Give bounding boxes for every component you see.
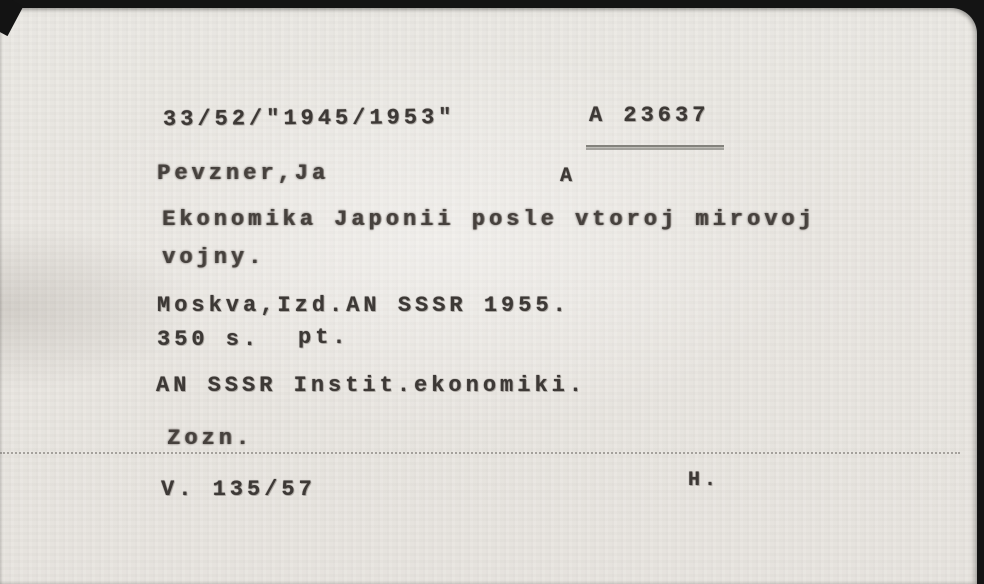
dotted-rule xyxy=(0,452,960,454)
scanned-catalog-card-page: 33/52/"1945/1953" A 23637 Pevzner,Ja A E… xyxy=(0,0,984,584)
call-number-underline xyxy=(586,145,724,147)
pagination: 350 s. xyxy=(157,327,260,353)
title-line-2: vojny. xyxy=(162,245,265,271)
author-name: Pevzner,Ja xyxy=(157,161,329,187)
imprint-line: Moskva,Izd.AN SSSR 1955. xyxy=(157,293,570,319)
letter-mark: A xyxy=(560,164,576,190)
cataloger-initial: H. xyxy=(688,468,720,494)
title-line-1: Ekonomika Japonii posle vtoroj mirovoj xyxy=(162,207,816,233)
classification-number: 33/52/"1945/1953" xyxy=(163,105,456,133)
price-note: pt. xyxy=(298,325,350,351)
series-statement: AN SSSR Instit.ekonomiki. xyxy=(156,373,586,399)
call-number: A 23637 xyxy=(589,103,709,129)
scan-corner-artifact xyxy=(0,0,23,36)
shelf-number: V. 135/57 xyxy=(161,477,316,503)
bottom-note: Zozn. xyxy=(167,426,253,452)
